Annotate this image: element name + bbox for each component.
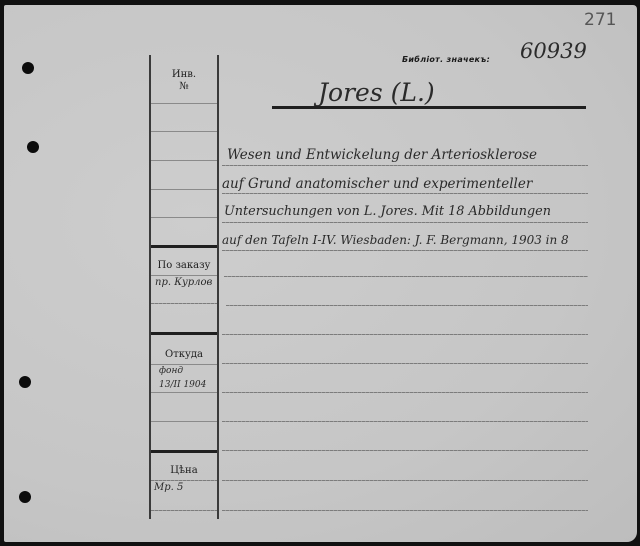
source-label: Откуда — [151, 349, 217, 360]
ruled-line — [222, 334, 588, 335]
left-section-divider — [151, 245, 217, 248]
author-name: Jores (L.) — [318, 78, 435, 107]
ruled-line — [222, 165, 588, 166]
ruled-line — [222, 250, 588, 251]
ruled-line — [224, 276, 588, 277]
left-rule — [151, 364, 217, 365]
left-section-divider — [151, 450, 217, 453]
title-line-3: Untersuchungen von L. Jores. Mit 18 Abbi… — [224, 204, 551, 219]
price-label: Цѣна — [151, 465, 217, 476]
ruled-line — [226, 305, 588, 306]
ruled-line — [222, 480, 588, 481]
ruled-line — [222, 193, 588, 194]
inventory-label: Инв. — [151, 69, 217, 80]
title-line-4: auf den Tafeln I-IV. Wiesbaden: J. F. Be… — [222, 233, 569, 247]
author-rule — [272, 106, 586, 109]
source-value-line2: 13/II 1904 — [159, 380, 206, 390]
left-rule — [151, 421, 217, 422]
order-value: пр. Курлов — [155, 277, 212, 288]
order-label: По заказу — [151, 260, 217, 271]
left-rule — [151, 303, 217, 304]
left-rule — [151, 103, 217, 104]
ruled-line — [222, 450, 588, 451]
ruled-line — [222, 222, 588, 223]
ruled-line — [222, 421, 588, 422]
left-section-divider — [151, 332, 217, 335]
left-rule — [151, 160, 217, 161]
price-value: Мр. 5 — [154, 482, 183, 493]
title-line-2: auf Grund anatomischer und experimentell… — [222, 176, 532, 192]
left-rule — [151, 392, 217, 393]
left-rule — [151, 217, 217, 218]
left-rule — [151, 480, 217, 481]
punch-hole — [19, 376, 31, 388]
inventory-number-sign: № — [151, 81, 217, 92]
punch-hole — [27, 141, 39, 153]
punch-hole — [22, 62, 34, 74]
ruled-line — [222, 392, 588, 393]
left-rule — [151, 510, 217, 511]
ruled-line — [222, 510, 588, 511]
ruled-line — [222, 363, 588, 364]
title-line-1: Wesen und Entwickelung der Arteriosklero… — [227, 147, 537, 163]
left-rule — [151, 189, 217, 190]
source-value-line1: фонд — [159, 366, 183, 376]
pencil-number: 271 — [584, 10, 616, 30]
punch-hole — [19, 491, 31, 503]
library-mark-label: Библіот. значекъ: — [402, 55, 490, 64]
left-rule — [151, 275, 217, 276]
library-mark-value: 60939 — [520, 39, 587, 63]
left-rule — [151, 131, 217, 132]
left-column-border — [217, 55, 219, 519]
